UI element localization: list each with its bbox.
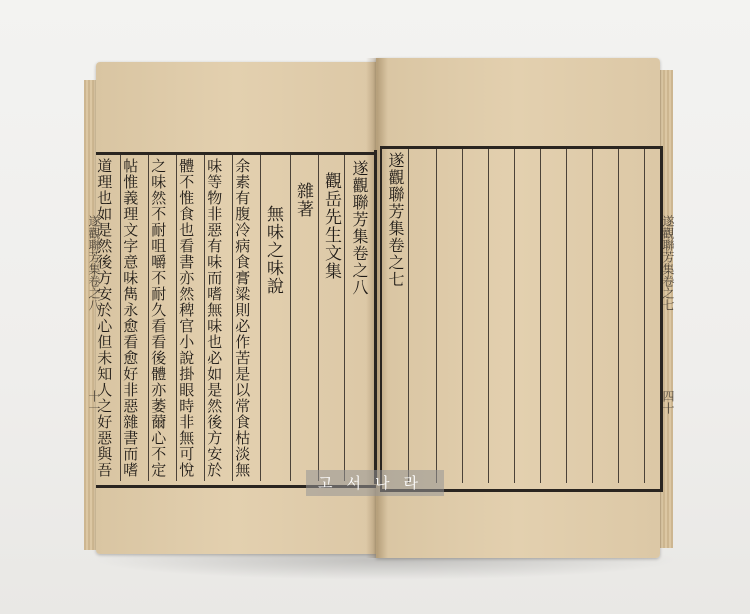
column-rule: [344, 155, 345, 481]
watermark: 고서나라: [306, 470, 444, 496]
right-fold-label: 遂觀聯芳集卷之七: [660, 215, 677, 311]
column-rule: [514, 149, 515, 483]
text-column: 味等物非惡有味而嗜無味也必如是然後方安於: [206, 158, 221, 478]
text-column: 道理也如是然後方安於心但未知人之好惡與吾: [96, 158, 111, 478]
left-fold-label: 遂觀聯芳集卷之八: [86, 215, 103, 311]
column-rule: [436, 149, 437, 483]
text-column: 余素有腹冷病食膏粱則必作苦是以常食枯淡無: [234, 158, 249, 478]
column-rule: [566, 149, 567, 483]
column-rule: [618, 149, 619, 483]
column-rule: [644, 149, 645, 483]
column-rule: [488, 149, 489, 483]
column-rule: [540, 149, 541, 483]
right-fold-page: 四十: [660, 390, 677, 414]
column-rule: [408, 149, 409, 483]
column-rule: [592, 149, 593, 483]
volume-header: 遂觀聯芳集卷之八: [348, 160, 370, 296]
volume-header: 遂觀聯芳集卷之七: [384, 152, 406, 288]
column-rule: [462, 149, 463, 483]
essay-title: 無味之味說: [262, 205, 284, 295]
section-heading: 雜著: [292, 182, 314, 218]
text-column: 帖惟義理文字意味雋永愈看愈好非惡雜書而嗜: [122, 158, 137, 478]
page-border: [374, 150, 377, 484]
author-title: 觀岳先生文集: [320, 172, 342, 280]
column-rule: [290, 155, 291, 481]
left-fold-page: 十一: [86, 390, 103, 414]
text-column: 之味然不耐咀嚼不耐久看看後體亦萎薾心不定: [150, 158, 165, 478]
column-rule: [318, 155, 319, 481]
right-page-frame: [380, 146, 663, 492]
column-rule: [260, 155, 261, 481]
text-column: 體不惟食也看書亦然稗官小說掛眼時非無可悅: [178, 158, 193, 478]
